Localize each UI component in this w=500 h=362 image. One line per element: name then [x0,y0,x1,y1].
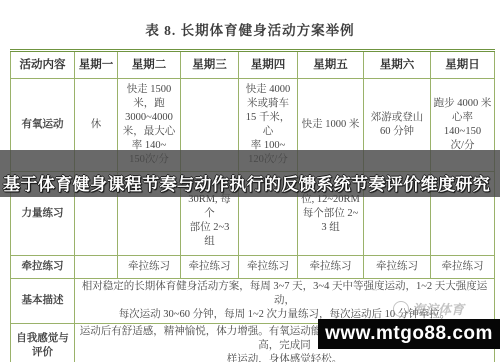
stretch-wednesday-cell: 牵拉练习 [181,256,239,279]
table-title: 表 8. 长期体育健身活动方案举例 [0,19,500,39]
header-monday: 星期一 [75,51,118,79]
description-label: 基本描述 [11,279,75,324]
header-wednesday: 星期三 [181,51,239,79]
row-stretch: 牵拉练习 牵拉练习 牵拉练习 牵拉练习 牵拉练习 牵拉练习 牵拉练习 [11,256,495,279]
publisher-logo-watermark: 海淀体育 [393,299,464,318]
site-url-text: www.mtgo88.com [325,323,493,345]
header-thursday: 星期四 [239,51,298,79]
logo-watermark-text: 海淀体育 [412,299,464,318]
logo-circle-icon [393,301,409,317]
site-watermark-bar: www.mtgo88.com [318,319,500,349]
stretch-sunday-cell: 牵拉练习 [431,256,495,279]
stretch-thursday-cell: 牵拉练习 [239,256,298,279]
header-row: 活动内容 星期一 星期二 星期三 星期四 星期五 星期六 星期日 [11,51,495,79]
screenshot-root: 表 8. 长期体育健身活动方案举例 活动内容 星期一 星期二 星期三 星期四 星… [0,0,500,362]
header-sunday: 星期日 [431,51,495,79]
stretch-tuesday-cell: 牵拉练习 [118,256,181,279]
header-activity: 活动内容 [11,51,75,79]
caption-overlay-text: 基于体育健身课程节奏与动作执行的反馈系统节奏评价维度研究 [3,170,500,195]
stretch-saturday-cell: 牵拉练习 [364,256,431,279]
stretch-label: 牵拉练习 [11,256,75,279]
stretch-friday-cell: 牵拉练习 [298,256,364,279]
caption-overlay-banner: 基于体育健身课程节奏与动作执行的反馈系统节奏评价维度研究 [0,150,500,197]
header-saturday: 星期六 [364,51,431,79]
header-tuesday: 星期二 [118,51,181,79]
evaluation-label: 自我感觉与 评价 [11,324,75,362]
stretch-monday-cell [75,256,118,279]
header-friday: 星期五 [298,51,364,79]
